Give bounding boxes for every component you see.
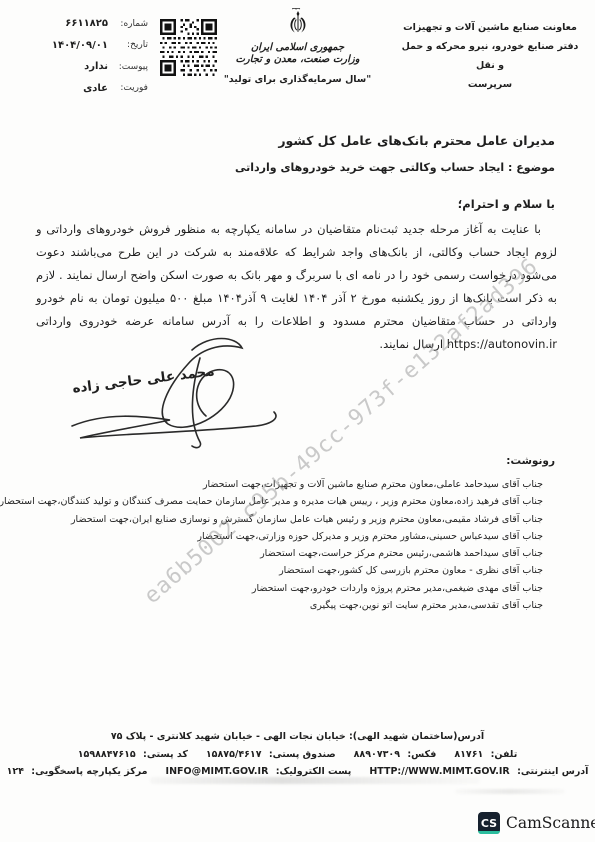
footer-contact-row: تلفن: ۸۱۷۶۱ فکس: ۸۸۹۰۷۳۰۹ صندوق پستی: ۱۵… xyxy=(0,746,595,764)
email-label: پست الکترولیک: xyxy=(276,766,352,777)
website-value: HTTP://WWW.MIMT.GOV.IR xyxy=(369,766,509,777)
header-emblem-block: جمهوری اسلامی ایران وزارت صنعت، معدن و ت… xyxy=(183,8,413,85)
letter-date-label: تاریخ: xyxy=(116,40,148,50)
footer-address-row: آدرس(ساختمان شهید الهی): خیابان نجات اله… xyxy=(0,728,595,746)
urgency-label: فوریت: xyxy=(116,83,148,93)
recipient-line: مدیران عامل محترم بانک‌های عامل کل کشور xyxy=(278,133,555,148)
department-line2: دفتر صنایع خودرو، نیرو محرکه و حمل و نقل xyxy=(397,37,583,75)
camscanner-logo-icon: CS xyxy=(478,812,500,834)
cc-item: جناب آقای سیدحامد عاملی،معاون محترم صنای… xyxy=(10,476,543,493)
header-meta-block: شماره: ۶۶۱۱۸۲۵ تاریخ: ۱۴۰۴/۰۹/۰۱ پیوست: … xyxy=(28,13,217,99)
letter-number-label: شماره: xyxy=(116,19,148,29)
urgency-row: فوریت: عادی xyxy=(28,78,148,100)
website-label: آدرس اینترنتی: xyxy=(517,766,588,777)
attachment-row: پیوست: ندارد xyxy=(28,56,148,78)
email-value: INFO@MIMT.GOV.IR xyxy=(166,766,269,777)
camscanner-brand: CS CamScanner xyxy=(478,812,595,834)
cc-item: جناب آقای مهدی ضیغمی،مدیر محترم پروژه وا… xyxy=(10,580,543,597)
scan-smudge xyxy=(455,789,565,794)
footer-hotline: مرکز یکپارچه پاسخگویی: ۱۲۴ xyxy=(7,763,148,781)
letter-number-value: ۶۶۱۱۸۲۵ xyxy=(65,18,108,29)
qr-code-icon xyxy=(160,19,217,76)
year-slogan: "سال سرمایه‌گذاری برای تولید" xyxy=(183,74,413,85)
hotline-label: مرکز یکپارچه پاسخگویی: xyxy=(31,766,147,777)
iran-emblem-icon xyxy=(285,8,311,40)
meta-fields: شماره: ۶۶۱۱۸۲۵ تاریخ: ۱۴۰۴/۰۹/۰۱ پیوست: … xyxy=(28,13,148,99)
country-title: جمهوری اسلامی ایران xyxy=(183,42,413,53)
fax-label: فکس: xyxy=(407,749,436,760)
pobox-label: صندوق پستی: xyxy=(269,749,336,760)
phone-value: ۸۱۷۶۱ xyxy=(454,749,483,760)
letter-number-row: شماره: ۶۶۱۱۸۲۵ xyxy=(28,13,148,35)
scanned-letter-page: معاونت صنایع ماشین آلات و تجهیزات دفتر ص… xyxy=(0,0,595,842)
footer-address: آدرس(ساختمان شهید الهی): خیابان نجات اله… xyxy=(111,728,484,746)
footer-postalcode: کد پستی: ۱۵۹۸۸۴۷۶۱۵ xyxy=(78,746,188,764)
footer-fax: فکس: ۸۸۹۰۷۳۰۹ xyxy=(354,746,437,764)
postalcode-value: ۱۵۹۸۸۴۷۶۱۵ xyxy=(78,749,136,760)
attachment-label: پیوست: xyxy=(116,62,148,72)
attachment-value: ندارد xyxy=(84,61,108,72)
header-department-block: معاونت صنایع ماشین آلات و تجهیزات دفتر ص… xyxy=(397,18,583,94)
letter-date-value: ۱۴۰۴/۰۹/۰۱ xyxy=(52,40,108,51)
cc-title: رونوشت: xyxy=(506,455,555,467)
urgency-value: عادی xyxy=(83,83,108,94)
cc-item: جناب آقای سیدعباس حسینی،مشاور محترم وزیر… xyxy=(10,528,543,545)
cc-item: جناب آقای تقدسی،مدیر محترم سایت اتو نوین… xyxy=(10,597,543,614)
camscanner-wordmark: CamScanner xyxy=(506,814,595,832)
salutation-line: با سلام و احترام؛ xyxy=(458,197,555,211)
cc-item: جناب آقای نظری - معاون محترم بازرسی کل ک… xyxy=(10,562,543,579)
postalcode-label: کد پستی: xyxy=(143,749,188,760)
department-line3: سرپرست xyxy=(397,75,583,94)
cc-item: جناب آقای فرهید زاده،معاون محترم وزیر ، … xyxy=(10,493,543,510)
signature-scribble-icon xyxy=(50,328,310,456)
department-line1: معاونت صنایع ماشین آلات و تجهیزات xyxy=(397,18,583,37)
letterhead-footer: آدرس(ساختمان شهید الهی): خیابان نجات اله… xyxy=(0,728,595,781)
cc-item: جناب آقای فرشاد مقیمی،معاون محترم وزیر و… xyxy=(10,511,543,528)
camscanner-badge-letters: CS xyxy=(481,817,497,830)
subject-line: موضوع : ایجاد حساب وکالتی جهت خرید خودرو… xyxy=(235,161,555,174)
phone-label: تلفن: xyxy=(491,749,518,760)
pobox-value: ۱۵۸۷۵/۴۶۱۷ xyxy=(206,749,262,760)
footer-pobox: صندوق پستی: ۱۵۸۷۵/۴۶۱۷ xyxy=(206,746,336,764)
fax-value: ۸۸۹۰۷۳۰۹ xyxy=(354,749,400,760)
ministry-title: وزارت صنعت، معدن و تجارت xyxy=(183,54,413,65)
cc-list: جناب آقای سیدحامد عاملی،معاون محترم صنای… xyxy=(10,476,543,614)
cc-item: جناب آقای سیداحمد هاشمی،رئیس محترم مرکز … xyxy=(10,545,543,562)
footer-phone: تلفن: ۸۱۷۶۱ xyxy=(454,746,517,764)
hotline-value: ۱۲۴ xyxy=(7,766,24,777)
scan-smudge xyxy=(150,777,480,784)
letter-date-row: تاریخ: ۱۴۰۴/۰۹/۰۱ xyxy=(28,35,148,57)
